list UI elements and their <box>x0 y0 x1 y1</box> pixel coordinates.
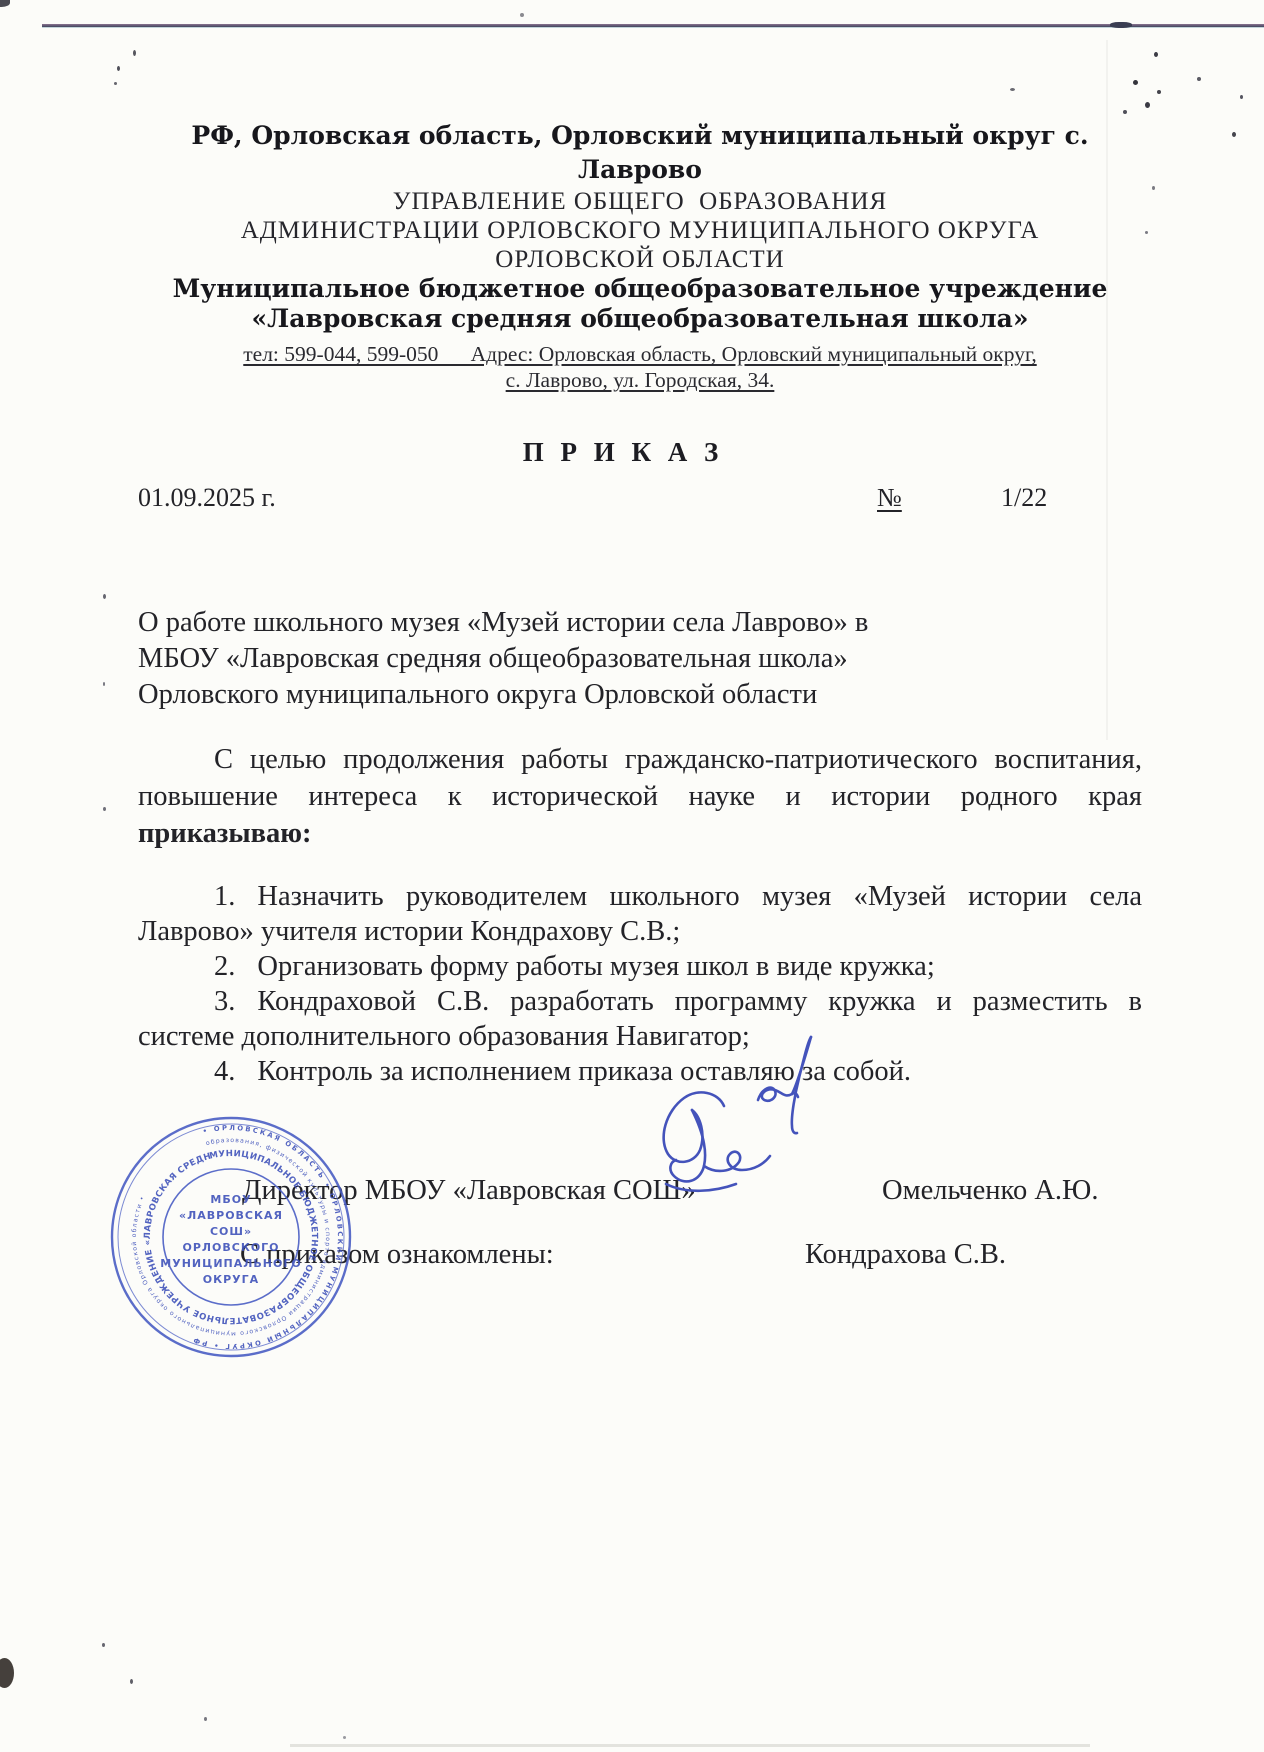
letterhead-department-line: УПРАВЛЕНИЕ ОБЩЕГО ОБРАЗОВАНИЯ <box>138 187 1142 216</box>
order-date-row: 01.09.2025 г. № 1/22 <box>138 483 1142 519</box>
svg-text:СОШ»: СОШ» <box>210 1225 252 1238</box>
subject-line: Орловского муниципального округа Орловск… <box>138 677 1142 713</box>
item-text: Лаврово» учителя истории Кондрахову С.В.… <box>138 914 1142 949</box>
letterhead-oblast-line: ОРЛОВСКОЙ ОБЛАСТИ <box>138 245 1142 274</box>
scan-speck <box>0 0 10 7</box>
scan-speck <box>1157 90 1161 94</box>
svg-text:«ЛАВРОВСКАЯ: «ЛАВРОВСКАЯ <box>179 1209 283 1222</box>
letterhead-administration-line: АДМИНИСТРАЦИИ ОРЛОВСКОГО МУНИЦИПАЛЬНОГО … <box>138 216 1142 245</box>
item-text: Кондраховой С.В. разработать программу к… <box>257 986 1142 1017</box>
letterhead-institution-line: Муниципальное бюджетное общеобразователь… <box>138 274 1142 304</box>
item-number: 2. <box>214 951 235 982</box>
item-number: 3. <box>214 986 235 1017</box>
decree-word: приказываю: <box>138 815 1142 852</box>
item-number: 1. <box>214 881 235 912</box>
scan-speck <box>114 82 117 85</box>
order-title: П Р И К А З <box>138 437 1142 468</box>
svg-text:ОКРУГА: ОКРУГА <box>203 1273 259 1286</box>
scan-speck <box>1145 231 1148 234</box>
order-item: 4.Контроль за исполнением приказа оставл… <box>138 1054 1142 1089</box>
item-text: Назначить руководителем школьного музея … <box>257 881 1142 912</box>
scan-speck <box>133 50 136 56</box>
scan-speck <box>103 594 106 599</box>
scan-speck <box>1197 77 1201 81</box>
order-item: 1.Назначить руководителем школьного музе… <box>138 879 1142 949</box>
item-text: Организовать форму работы музея школ в в… <box>257 951 934 982</box>
scan-speck <box>1154 52 1158 57</box>
preamble-line: повышение интереса к исторической науке … <box>138 778 1142 815</box>
order-date: 01.09.2025 г. <box>138 483 276 513</box>
order-items: 1.Назначить руководителем школьного музе… <box>138 879 1142 1089</box>
scan-speck <box>1145 102 1150 108</box>
item-text: системе дополнительного образования Нави… <box>138 1019 1142 1054</box>
scan-speck <box>102 1643 105 1647</box>
order-item: 3.Кондраховой С.В. разработать программу… <box>138 984 1142 1054</box>
preamble-line: С целью продолжения работы гражданско-па… <box>138 741 1142 778</box>
scan-speck <box>1240 95 1243 99</box>
director-name: Омельченко А.Ю. <box>882 1175 1098 1207</box>
letterhead-school-name-line: «Лавровская средняя общеобразовательная … <box>138 304 1142 334</box>
scan-speck <box>0 1658 14 1688</box>
order-preamble: С целью продолжения работы гражданско-па… <box>138 741 1142 852</box>
subject-line: О работе школьного музея «Музей истории … <box>138 605 1142 641</box>
scan-speck <box>1232 132 1236 137</box>
letterhead-contacts-line: тел: 599-044, 599-050 Адрес: Орловская о… <box>138 341 1142 367</box>
scan-speck <box>130 1679 133 1684</box>
scan-edge-streak <box>290 1744 1090 1747</box>
document-body: РФ, Орловская область, Орловский муницип… <box>138 0 1142 1279</box>
letterhead-region-line: РФ, Орловская область, Орловский муницип… <box>138 119 1142 187</box>
svg-text:МУНИЦИПАЛЬНОГО: МУНИЦИПАЛЬНОГО <box>160 1257 301 1270</box>
school-seal: • ОРЛОВСКАЯ ОБЛАСТЬ • ОРЛОВСКИЙ МУНИЦИПА… <box>106 1112 356 1362</box>
scan-speck <box>103 682 105 686</box>
scan-speck <box>103 807 106 811</box>
subject-line: МБОУ «Лавровская средняя общеобразовател… <box>138 641 1142 677</box>
scan-speck <box>343 1736 346 1739</box>
svg-text:МБОУ: МБОУ <box>210 1193 251 1206</box>
acknowledged-name: Кондрахова С.В. <box>805 1239 1006 1271</box>
item-number: 4. <box>214 1056 235 1087</box>
acknowledgement-signature-ink <box>642 1086 777 1201</box>
scan-speck <box>204 1717 207 1721</box>
seal-center-text: МБОУ «ЛАВРОВСКАЯ СОШ» ОРЛОВСКОГО МУНИЦИП… <box>160 1193 301 1286</box>
scan-speck <box>117 66 120 71</box>
letterhead-address-line: с. Лаврово, ул. Городская, 34. <box>138 367 1142 393</box>
order-item: 2.Организовать форму работы музея школ в… <box>138 949 1142 984</box>
order-number-sign: № <box>877 483 902 513</box>
scanned-order-document: РФ, Орловская область, Орловский муницип… <box>0 0 1264 1752</box>
svg-text:ОРЛОВСКОГО: ОРЛОВСКОГО <box>182 1241 279 1254</box>
scan-speck <box>1152 186 1155 190</box>
order-number: 1/22 <box>1001 483 1047 513</box>
order-subject: О работе школьного музея «Музей истории … <box>138 605 1142 713</box>
